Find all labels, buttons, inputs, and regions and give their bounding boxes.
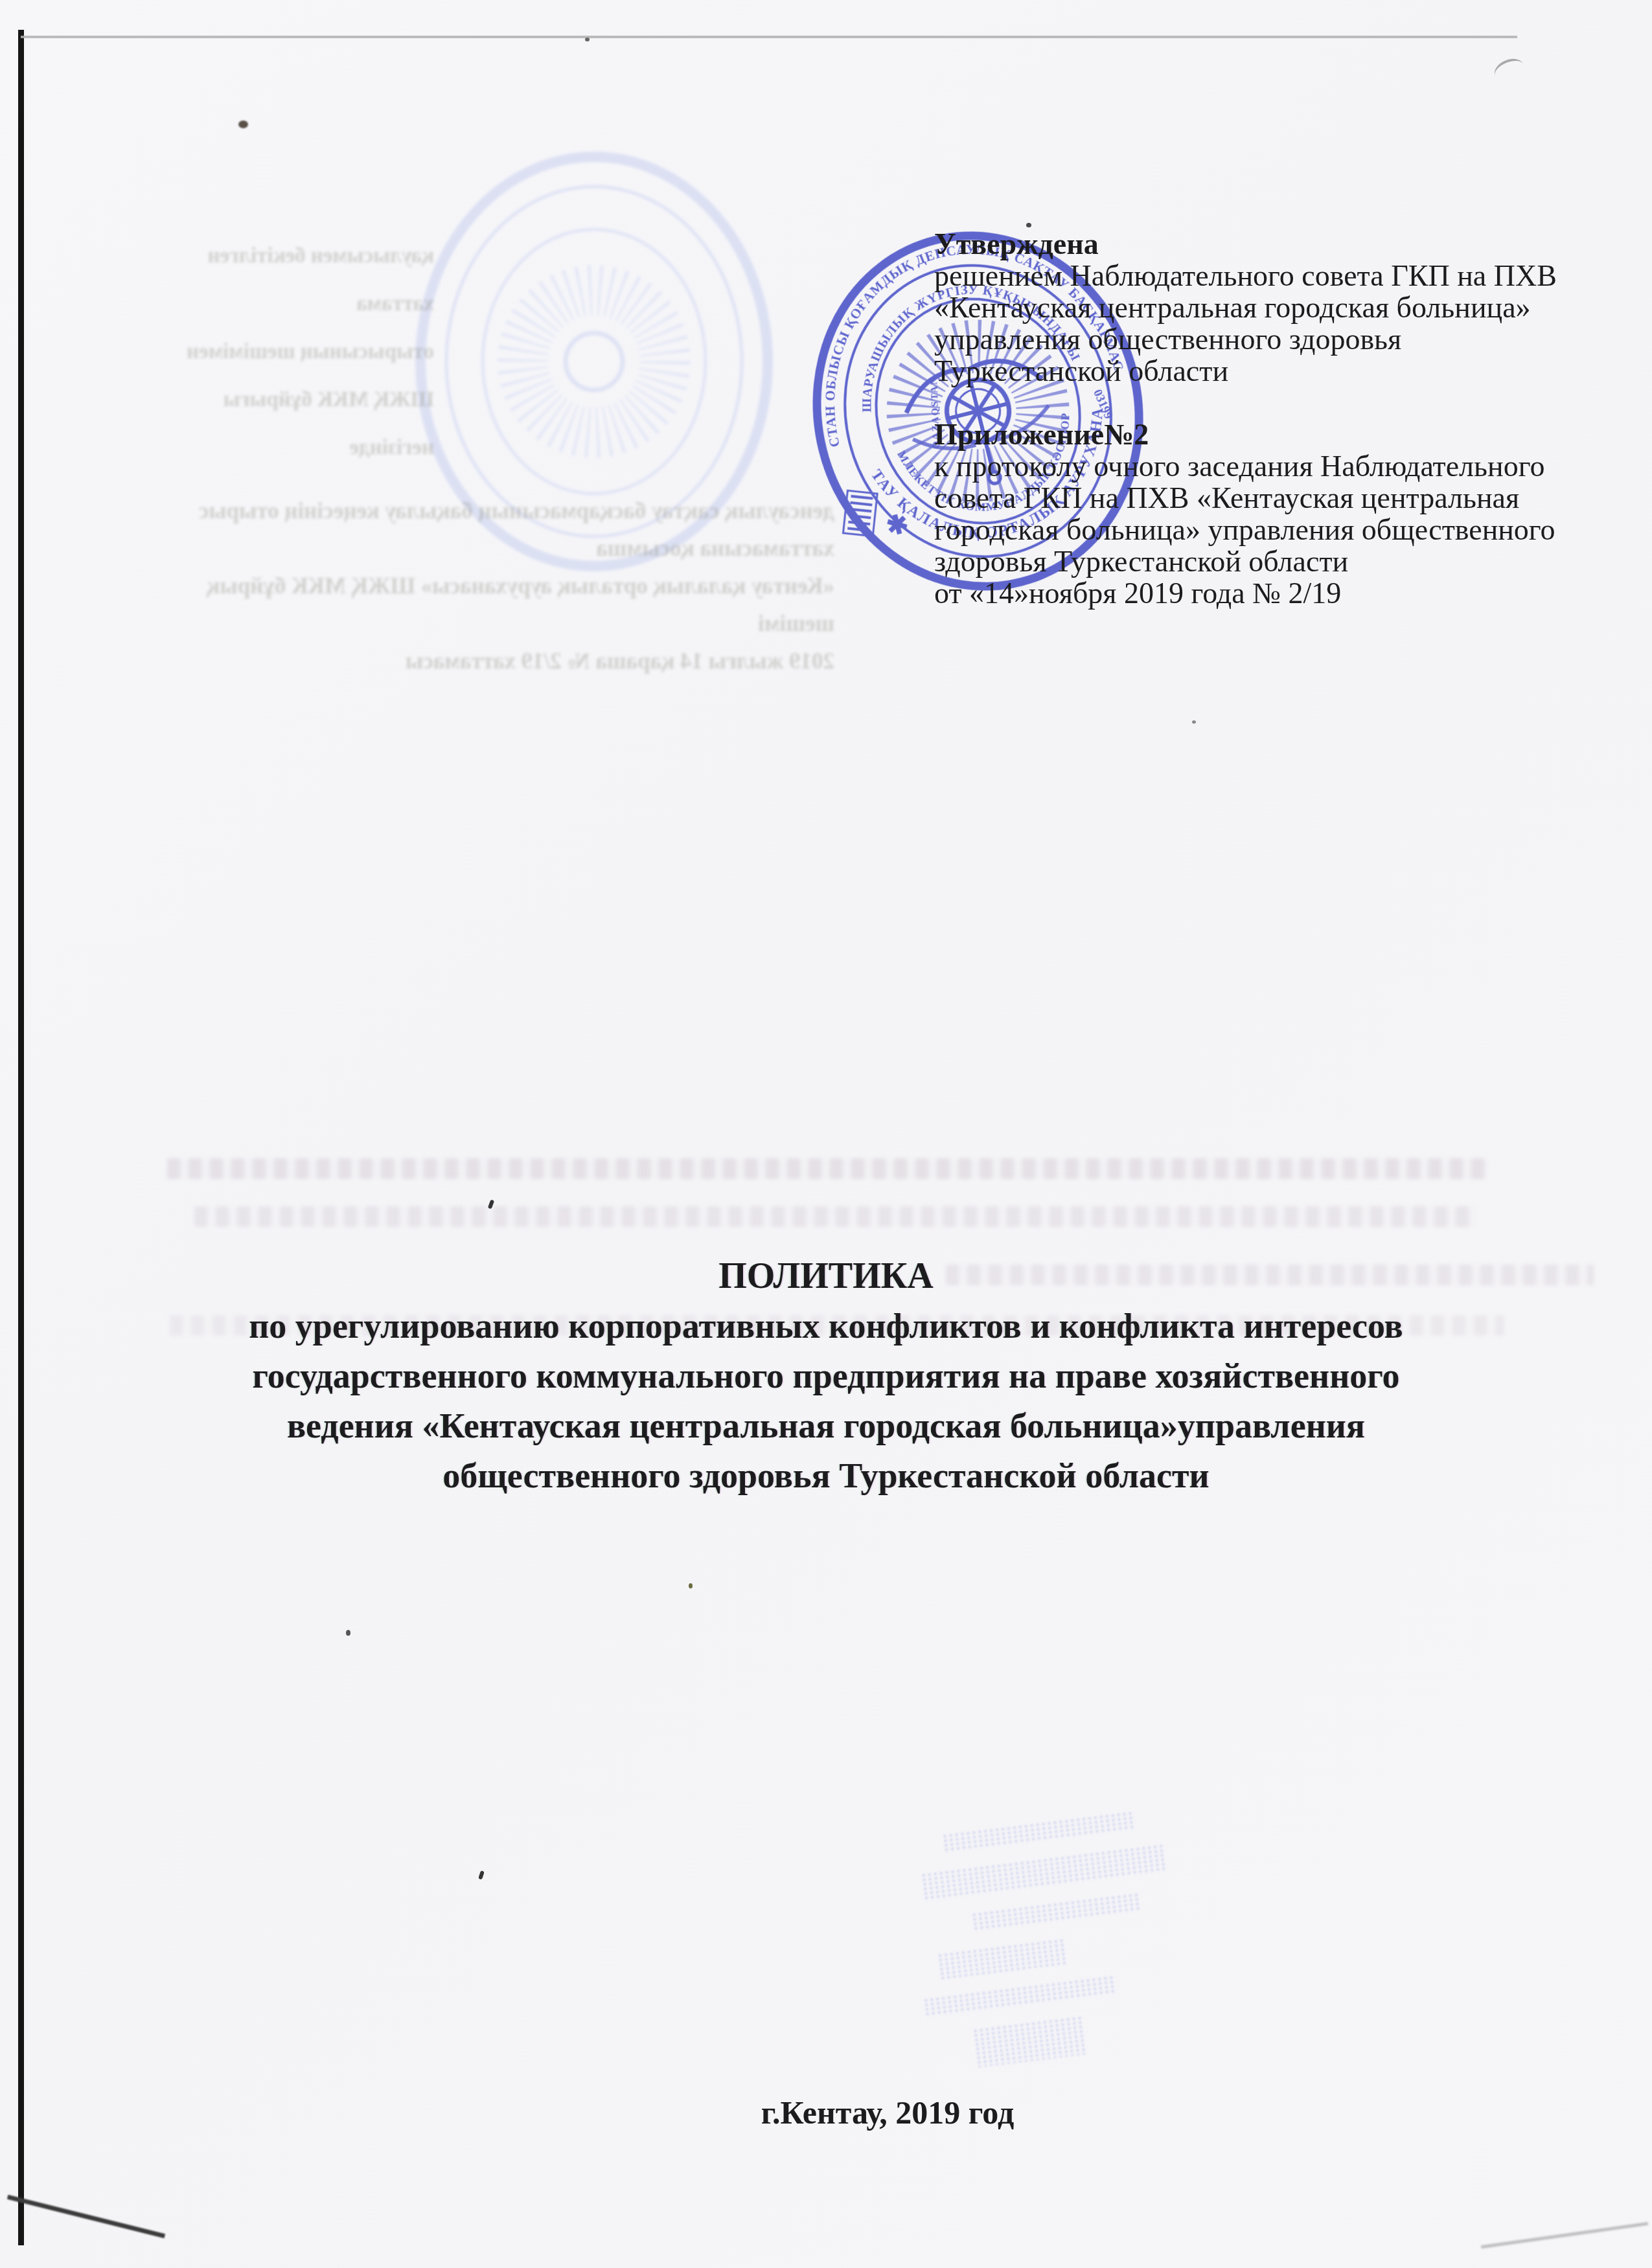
ghost-line: денсаулық сақтау басқармасының бақылау к… (174, 492, 834, 567)
ghost-line: 2019 жылғы 14 қараша № 2/19 хаттамасы (174, 643, 834, 680)
approval-line: Приложение№2 (934, 418, 1589, 450)
bleedthrough-text-row (194, 1206, 1477, 1227)
scan-mark-top-right (1491, 54, 1528, 87)
ghost-line: «Кентау қалалық орталық ауруханасы» ШЖҚ … (174, 567, 834, 643)
dust-speck (585, 38, 590, 41)
footer-place-year: г.Кентау, 2019 год (62, 2094, 1652, 2131)
ghost-line: отырысының шешімімен (162, 328, 434, 376)
dust-speck (346, 1630, 350, 1636)
residue-speckle-row (971, 1892, 1141, 1932)
ghost-line: ШЖҚ МКК бұйрығы негізінде (162, 376, 434, 472)
dust-speck (1192, 720, 1196, 724)
residue-speckle-row (923, 1975, 1118, 2017)
approval-line: городская больница» управления обществен… (934, 514, 1589, 545)
title-line: ведения «Кентауская центральная городска… (78, 1401, 1574, 1451)
scan-corner-smudge-bottom-left (7, 2195, 165, 2238)
bleedthrough-text-block-b: денсаулық сақтау басқармасының бақылау к… (174, 492, 834, 680)
scan-corner-smudge-bottom-right (1481, 2222, 1648, 2249)
document-title: ПОЛИТИКА (78, 1252, 1574, 1301)
bleedthrough-text-block-a: қаулысымен бекітілген хаттама отырысының… (162, 232, 434, 472)
scan-edge-top (21, 36, 1517, 38)
title-line: общественного здоровья Туркестанской обл… (78, 1451, 1574, 1501)
dust-speck (238, 120, 248, 128)
stamp-residue (903, 1801, 1245, 2109)
title-line: по урегулированию корпоративных конфликт… (78, 1301, 1574, 1351)
approval-line: «Кентауская центральная городская больни… (934, 292, 1589, 323)
residue-speckle-row (972, 2015, 1086, 2067)
ghost-line: қаулысымен бекітілген хаттама (162, 232, 434, 328)
residue-speckle-row (942, 1811, 1137, 1853)
approval-line: от «14»ноября 2019 года № 2/19 (934, 577, 1589, 609)
title-line: государственного коммунального предприят… (78, 1351, 1574, 1401)
scan-edge-left (18, 30, 24, 2245)
approval-line: к протоколу очного заседания Наблюдатель… (934, 450, 1589, 482)
dust-speck (689, 1583, 693, 1588)
scanned-policy-document: қаулысымен бекітілген хаттама отырысының… (0, 0, 1652, 2268)
approval-spacer (934, 387, 1589, 418)
approval-line: здоровья Туркестанской области (934, 545, 1589, 577)
approval-block: Утверждена решением Наблюдательного сове… (934, 228, 1589, 609)
approval-line: совета ГКП на ПХВ «Кентауская центральна… (934, 482, 1589, 514)
dust-speck (478, 1870, 485, 1879)
approval-line: управления общественного здоровья (934, 323, 1589, 355)
approval-line: решением Наблюдательного совета ГКП на П… (934, 260, 1589, 292)
approval-line: Туркестанской области (934, 355, 1589, 387)
bleedthrough-text-row (167, 1158, 1489, 1179)
title-block: ПОЛИТИКА по урегулированию корпоративных… (78, 1252, 1574, 1501)
approval-line: Утверждена (934, 228, 1589, 260)
residue-speckle-row (937, 1938, 1068, 1979)
